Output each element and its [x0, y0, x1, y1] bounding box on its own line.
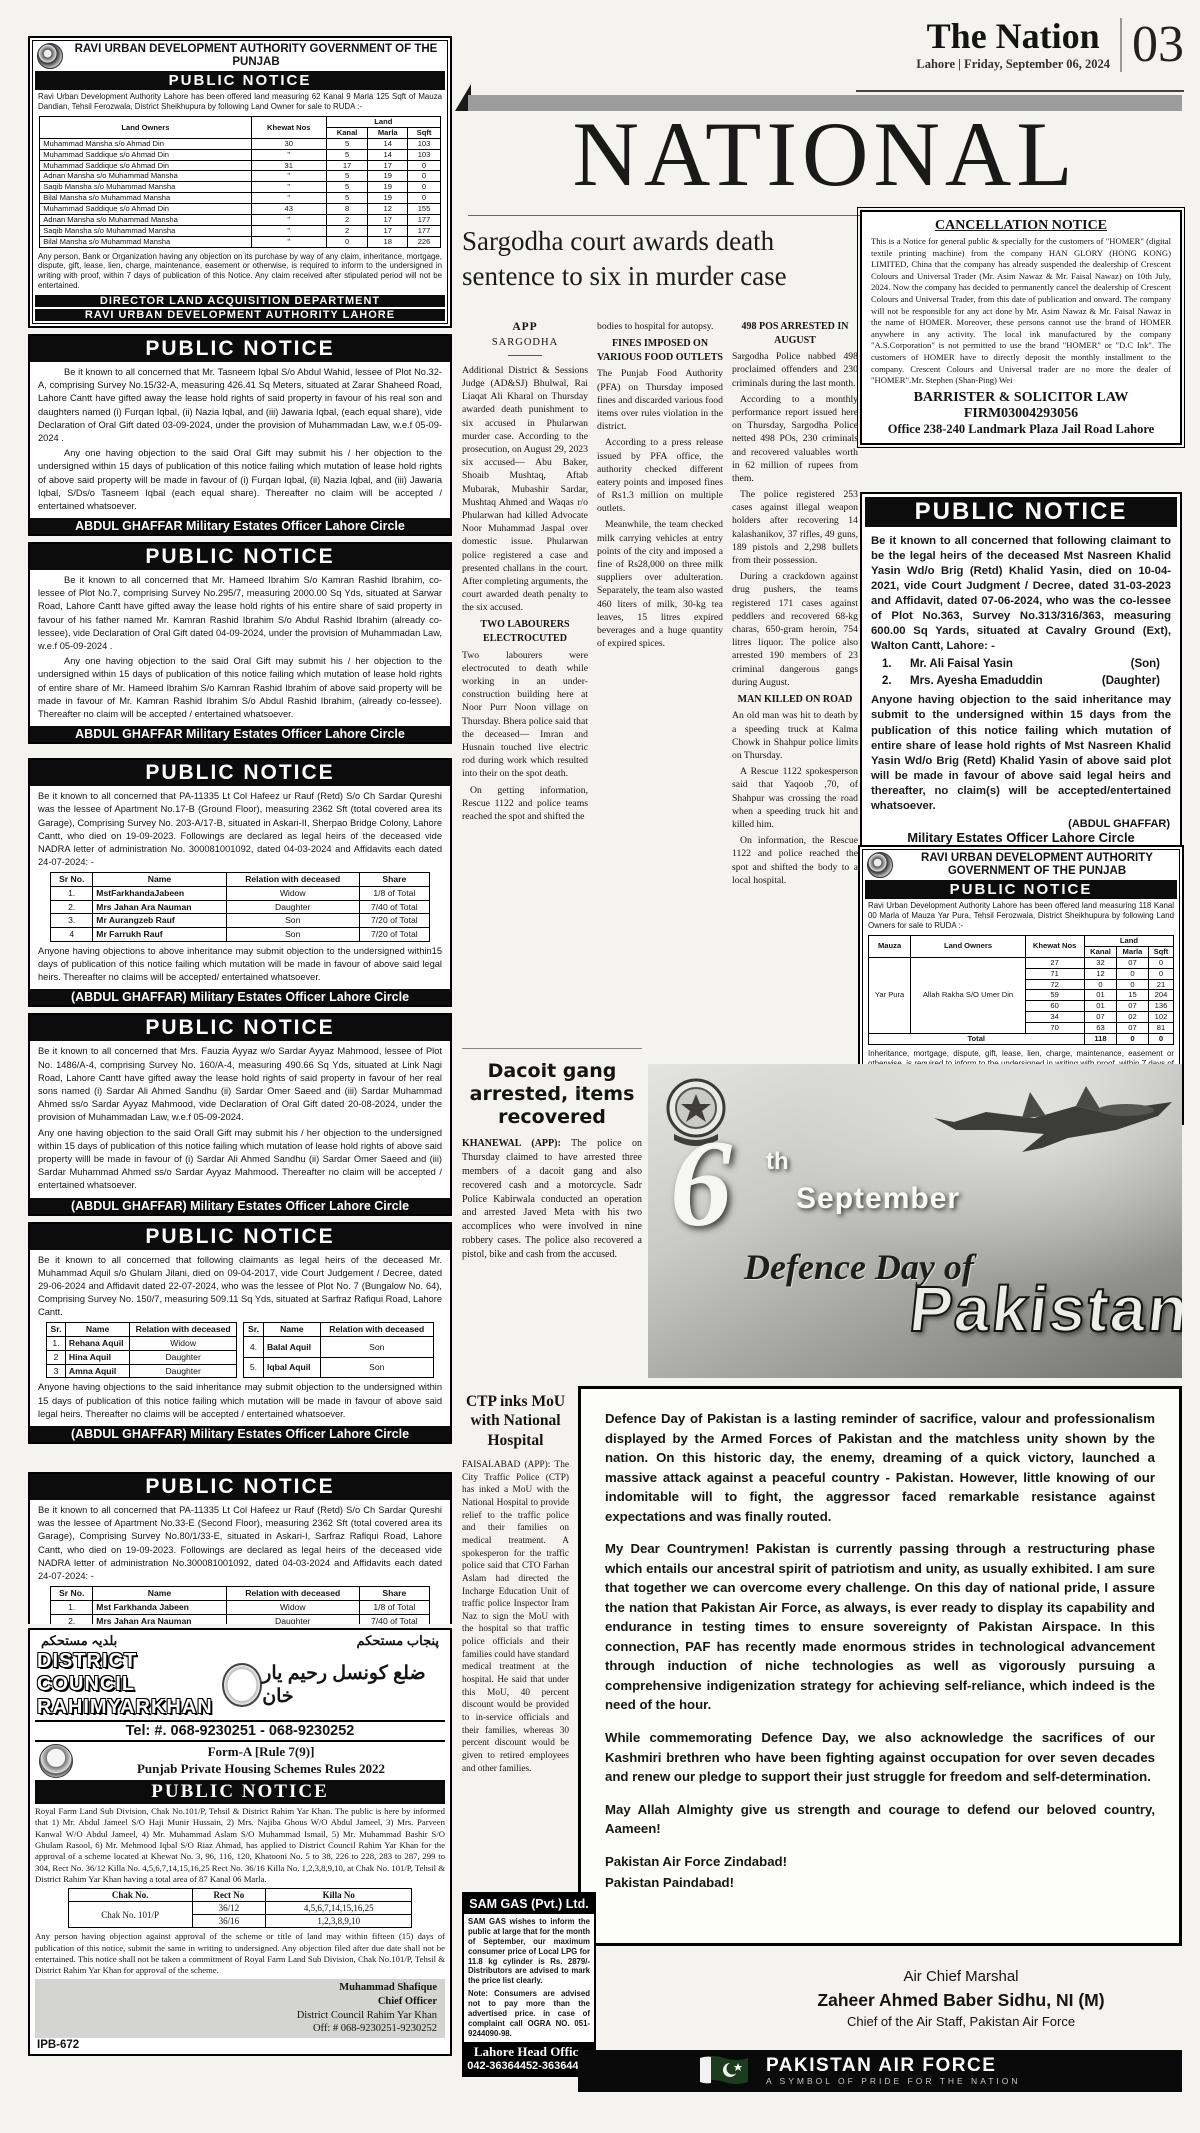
- table-cell: 7/20 of Total: [359, 914, 429, 928]
- table-cell: 155: [408, 204, 441, 215]
- khewat-cell: 71: [1025, 968, 1084, 979]
- table-row: Muhammad Saddique s/o Ahmad Din3117170: [40, 160, 441, 171]
- khewat-cell: 34: [1025, 1012, 1084, 1023]
- public-notice-bar: PUBLIC NOTICE: [30, 1015, 450, 1041]
- table-cell: 7/20 of Total: [359, 928, 429, 942]
- table-cell: Daughter: [130, 1350, 237, 1364]
- message-paragraph: May Allah Almighty give us strength and …: [605, 1800, 1155, 1839]
- land-table: Land Owners Khewat Nos Land Kanal Marla …: [39, 116, 441, 247]
- article-paragraph: On information, the Rescue 1122 and poli…: [732, 834, 858, 887]
- table-cell: 19: [368, 171, 408, 182]
- masthead: The Nation Lahore | Friday, September 06…: [856, 18, 1184, 72]
- page-number: 03: [1132, 19, 1184, 71]
- rect-cell: 36/16: [192, 1915, 266, 1928]
- notice-muhammad-aquil: PUBLIC NOTICE Be it known to all concern…: [28, 1222, 452, 1444]
- notice-intro: Be it known to all concerned that PA-113…: [38, 1504, 442, 1583]
- table-cell: 5: [326, 138, 367, 149]
- dacoit-article: Dacoit gang arrested, items recovered KH…: [462, 1060, 642, 1262]
- table-cell: 17: [368, 160, 408, 171]
- table-cell: 1.: [51, 886, 93, 900]
- table-cell: 5: [326, 193, 367, 204]
- col-khewat: Khewat Nos: [1025, 936, 1084, 958]
- marla-cell: 15: [1117, 990, 1148, 1001]
- ruda-footer-line-1: DIRECTOR LAND ACQUISITION DEPARTMENT: [35, 295, 445, 307]
- total-kanal-cell: 118: [1084, 1033, 1116, 1044]
- district-header: DISTRICT COUNCIL RAHIMYARKHAN ضلع کونسل …: [35, 1649, 445, 1720]
- table-row: 2.Mrs Jahan Ara NaumanDaughter7/40 of To…: [51, 1614, 430, 1624]
- col-name: Name: [93, 1587, 226, 1601]
- notice-ref: IPB-672: [37, 2039, 79, 2051]
- kanal-cell: 01: [1084, 1001, 1116, 1012]
- heirs-tables: Sr. Name Relation with deceased 1.Rehana…: [46, 1322, 434, 1378]
- table-cell: 4.: [244, 1337, 264, 1358]
- table-cell: 2.: [51, 900, 93, 914]
- table-cell: Widow: [226, 886, 359, 900]
- scheme-table: Chak No. Rect No Killa No Chak No. 101/P…: [68, 1888, 412, 1928]
- heir-relation: (Daughter): [1102, 673, 1160, 690]
- table-cell: Bilal Mansha s/o Muhammad Mansha: [40, 236, 251, 247]
- district-body: Royal Farm Land Sub Division, Chak No.10…: [35, 1806, 445, 1885]
- heir-row: 2. Mrs. Ayesha Emaduddin (Daughter): [862, 673, 1180, 690]
- district-closing: Any person having objection against appr…: [35, 1931, 445, 1976]
- ruda-authority-lines: RAVI URBAN DEVELOPMENT AUTHORITY GOVERNM…: [899, 852, 1175, 878]
- table-cell: 4: [51, 928, 93, 942]
- col-chak: Chak No.: [68, 1889, 192, 1902]
- public-notice-bar: PUBLIC NOTICE: [30, 760, 450, 786]
- table-cell: 2.: [51, 1614, 93, 1624]
- heir-name: Mrs. Ayesha Emaduddin: [910, 673, 1102, 690]
- dacoit-dateline: KHANEWAL (APP):: [462, 1138, 561, 1149]
- col-sqft: Sqft: [1148, 946, 1174, 957]
- table-cell: Daughter: [226, 900, 359, 914]
- dacoit-text: The police on Thursday claimed to have a…: [462, 1138, 642, 1259]
- cancellation-body: This is a Notice for general public & sp…: [871, 236, 1171, 387]
- article-paragraph: The Punjab Food Authority (PFA) on Thurs…: [597, 367, 723, 433]
- col-relation: Relation with deceased: [226, 1587, 359, 1601]
- article-subhead: 498 POS ARRESTED IN AUGUST: [732, 320, 858, 347]
- form-lines: Form-A [Rule 7(9)] Punjab Private Housin…: [81, 1744, 441, 1778]
- col-share: Share: [359, 873, 429, 887]
- notice-body: Be it known to all concerned that PA-113…: [30, 786, 450, 989]
- sam-gas-title: SAM GAS (Pvt.) Ltd.: [464, 1894, 594, 1914]
- col-relation: Relation with deceased: [320, 1323, 433, 1337]
- table-cell: Mrs Jahan Ara Nauman: [93, 900, 226, 914]
- kanal-cell: 0: [1084, 979, 1116, 990]
- notice-body: Be it known to all concerned that Mrs. F…: [30, 1041, 450, 1197]
- table-cell: 7/40 of Total: [359, 900, 429, 914]
- sqft-cell: 21: [1148, 979, 1174, 990]
- table-cell: Son: [226, 928, 359, 942]
- message-paragraph: While commemorating Defence Day, we also…: [605, 1728, 1155, 1787]
- masthead-text: The Nation Lahore | Friday, September 06…: [916, 18, 1110, 72]
- col-land: Land: [326, 117, 440, 128]
- land-table-body: Muhammad Mansha s/o Ahmad Din30514103Muh…: [40, 138, 441, 247]
- table-row: 1.MstFarkhandaJabeenWidow1/8 of Total: [51, 886, 430, 900]
- law-firm-line: BARRISTER & SOLICITOR LAW FIRM0300429305…: [871, 390, 1171, 422]
- col-sr: Sr.: [47, 1323, 66, 1337]
- col-marla: Marla: [368, 128, 408, 139]
- khewat-cell: 70: [1025, 1022, 1084, 1033]
- table-row: Muhammad Mansha s/o Ahmad Din30514103: [40, 138, 441, 149]
- dacoit-divider-rule: [462, 1048, 642, 1049]
- table-row: Chak No. 101/P 36/12 4,5,6,7,14,15,16,25: [68, 1902, 411, 1915]
- col-sr: Sr.: [244, 1323, 264, 1337]
- signer-rank: Air Chief Marshal: [740, 1966, 1182, 1988]
- heirs-table-head: Sr No. Name Relation with deceased Share: [51, 1587, 430, 1601]
- sam-gas-office: Lahore Head Office: [464, 2044, 594, 2060]
- sqft-cell: 0: [1148, 957, 1174, 968]
- heirs-table-body: 4.Balal AquilSon5.Iqbal AquilSon: [244, 1337, 434, 1378]
- sam-gas-footer: Lahore Head Office 042-36364452-36364453: [464, 2042, 594, 2075]
- ruda-logo-icon: [867, 852, 893, 878]
- newspaper-page: The Nation Lahore | Friday, September 06…: [0, 0, 1200, 2133]
- notice-outro: Anyone having objections to above inheri…: [38, 945, 442, 985]
- table-row: Saqib Mansha s/o Muhammad Mansha"217177: [40, 225, 441, 236]
- table-cell: 17: [368, 225, 408, 236]
- sam-gas-body: SAM GAS wishes to inform the public at l…: [468, 1917, 590, 1986]
- notice-outro: Anyone having objections to the said inh…: [38, 1381, 442, 1421]
- council-name-line1: DISTRICT COUNCIL: [37, 1650, 222, 1696]
- heirs-table-head: Sr. Name Relation with deceased: [244, 1323, 434, 1337]
- table-cell: 177: [408, 214, 441, 225]
- byline: APP SARGODHA: [462, 320, 588, 356]
- table-cell: Bilal Mansha s/o Muhammad Mansha: [40, 193, 251, 204]
- ruda-intro: Ravi Urban Development Authority Lahore …: [863, 899, 1179, 933]
- table-cell: Hina Aquil: [65, 1350, 129, 1364]
- table-cell: Mr Farrukh Rauf: [93, 928, 226, 942]
- article-paragraph: A Rescue 1122 spokesperson said that Yaq…: [732, 765, 858, 831]
- col-sr: Sr No.: [51, 873, 93, 887]
- khewat-cell: 72: [1025, 979, 1084, 990]
- table-cell: 0: [408, 171, 441, 182]
- ruda-header: RAVI URBAN DEVELOPMENT AUTHORITY GOVERNM…: [33, 41, 447, 71]
- table-cell: Balal Aquil: [263, 1337, 320, 1358]
- ctp-article: CTP inks MoU with National Hospital FAIS…: [462, 1392, 569, 1775]
- sqft-cell: 102: [1148, 1012, 1174, 1023]
- notice-body: Be it known to all concerned that follow…: [862, 530, 1180, 656]
- table-cell: 2: [326, 214, 367, 225]
- scheme-table-head: Chak No. Rect No Killa No: [68, 1889, 411, 1902]
- notice-intro: Be it known to all concerned that PA-113…: [38, 790, 442, 869]
- col-rect: Rect No: [192, 1889, 266, 1902]
- notice-signature-bar: (ABDUL GHAFFAR) Military Estates Officer…: [30, 989, 450, 1005]
- heirs-table-body: 1.Mst Farkhanda JabeenWidow1/8 of Total2…: [51, 1600, 430, 1624]
- table-cell: Son: [320, 1357, 433, 1378]
- table-cell: Muhammad Saddique s/o Ahmad Din: [40, 204, 251, 215]
- kanal-cell: 32: [1084, 957, 1116, 968]
- marla-cell: 07: [1117, 1001, 1148, 1012]
- mauza-cell: Yar Pura: [868, 957, 911, 1033]
- defence-day-number: 6: [670, 1122, 732, 1246]
- khewat-cell: 60: [1025, 1001, 1084, 1012]
- heirs-table: Sr No. Name Relation with deceased Share…: [50, 1586, 430, 1624]
- ruda-authority-line: RAVI URBAN DEVELOPMENT AUTHORITY GOVERNM…: [69, 43, 443, 69]
- table-cell: ": [251, 214, 326, 225]
- col-relation: Relation with deceased: [130, 1323, 237, 1337]
- public-notice-bar: PUBLIC NOTICE: [30, 1474, 450, 1500]
- table-row: Muhammad Saddique s/o Ahmad Din"514103: [40, 149, 441, 160]
- district-council-notice: بلدیہ مستحکم پنجاب مستحکم DISTRICT COUNC…: [28, 1628, 452, 2056]
- table-row: Bilal Mansha s/o Muhammad Mansha"5190: [40, 193, 441, 204]
- table-cell: Saqib Mansha s/o Muhammad Mansha: [40, 182, 251, 193]
- table-row: 2.Mrs Jahan Ara NaumanDaughter7/40 of To…: [51, 900, 430, 914]
- article-paragraph: Sargodha Police nabbed 498 proclaimed of…: [732, 350, 858, 390]
- table-row: 2Hina AquilDaughter: [47, 1350, 237, 1364]
- notice-paragraph: Be it known to all concerned that Mr. Ha…: [38, 574, 442, 653]
- col-owners: Land Owners: [40, 117, 251, 139]
- rules-line: Punjab Private Housing Schemes Rules 202…: [81, 1761, 441, 1778]
- heirs-table-head: Sr. Name Relation with deceased: [47, 1323, 237, 1337]
- land-table: Mauza Land Owners Khewat Nos Land Kanal …: [868, 935, 1175, 1045]
- district-urdu-banner: بلدیہ مستحکم پنجاب مستحکم: [35, 1633, 445, 1649]
- byline-agency: APP: [462, 320, 588, 336]
- kanal-cell: 07: [1084, 1012, 1116, 1023]
- council-phone-line: Tel: #. 068-9230251 - 068-9230252: [35, 1720, 445, 1742]
- ctp-headline: CTP inks MoU with National Hospital: [462, 1392, 569, 1450]
- table-cell: 0: [408, 193, 441, 204]
- notice-rauf-33e: PUBLIC NOTICE Be it known to all concern…: [28, 1472, 452, 1624]
- col-sr: Sr No.: [51, 1587, 93, 1601]
- table-row: Adnan Mansha s/o Muhammad Mansha"217177: [40, 214, 441, 225]
- table-row: 4Mr Farrukh RaufSon7/20 of Total: [51, 928, 430, 942]
- ruda-intro: Ravi Urban Development Authority Lahore …: [33, 90, 447, 114]
- signer-name: Zaheer Ahmed Baber Sidhu, NI (M): [740, 1988, 1182, 2013]
- article-column-2: bodies to hospital for autopsy. FINES IM…: [597, 320, 723, 1044]
- sam-gas-body-wrap: SAM GAS wishes to inform the public at l…: [464, 1914, 594, 2042]
- article-paragraph: Meanwhile, the team checked milk carryin…: [597, 518, 723, 650]
- marla-cell: 07: [1117, 957, 1148, 968]
- table-cell: ": [251, 236, 326, 247]
- table-cell: 19: [368, 193, 408, 204]
- heir-number: 1.: [882, 656, 910, 673]
- signer-name: (ABDUL GHAFFAR): [872, 818, 1170, 830]
- owner-cell: Allah Rakha S/O Umer Din: [911, 957, 1025, 1033]
- killa-cell: 1,2,3,8,9,10: [266, 1915, 412, 1928]
- form-line: Form-A [Rule 7(9)]: [81, 1744, 441, 1761]
- table-cell: ": [251, 225, 326, 236]
- table-cell: ": [251, 171, 326, 182]
- chak-cell: Chak No. 101/P: [68, 1902, 192, 1928]
- signer-title: Chief Officer: [43, 1995, 437, 2009]
- ruda-notice-1: RAVI URBAN DEVELOPMENT AUTHORITY GOVERNM…: [28, 36, 452, 328]
- killa-cell: 4,5,6,7,14,15,16,25: [266, 1902, 412, 1915]
- table-row: Saqib Mansha s/o Muhammad Mansha"5190: [40, 182, 441, 193]
- signer-name: Muhammad Shafique: [43, 1981, 437, 1995]
- byline-rule: [508, 355, 542, 356]
- table-cell: Amna Aquil: [65, 1364, 129, 1378]
- marla-cell: 0: [1117, 979, 1148, 990]
- article-subhead: MAN KILLED ON ROAD: [732, 693, 858, 707]
- table-cell: Rehana Aquil: [65, 1337, 129, 1351]
- table-row: 3Amna AquilDaughter: [47, 1364, 237, 1378]
- sam-gas-ad: SAM GAS (Pvt.) Ltd. SAM GAS wishes to in…: [462, 1892, 596, 2077]
- left-notice-column: RAVI URBAN DEVELOPMENT AUTHORITY GOVERNM…: [28, 36, 452, 1624]
- urdu-right-text: پنجاب مستحکم: [357, 1633, 439, 1649]
- table-cell: 31: [251, 160, 326, 171]
- article-subhead: FINES IMPOSED ON VARIOUS FOOD OUTLETS: [597, 337, 723, 364]
- paf-footer-bar: PAKISTAN AIR FORCE A SYMBOL OF PRIDE FOR…: [578, 2050, 1182, 2092]
- table-cell: Mst Farkhanda Jabeen: [93, 1600, 226, 1614]
- ctp-body: FAISALABAD (APP): The City Traffic Polic…: [462, 1459, 569, 1775]
- table-cell: 103: [408, 149, 441, 160]
- section-title: NATIONAL: [468, 106, 1182, 203]
- table-cell: 2: [326, 225, 367, 236]
- ruda-logo-icon: [37, 43, 63, 69]
- district-signature: Muhammad Shafique Chief Officer District…: [35, 1979, 445, 2038]
- signer-org: District Council Rahim Yar Khan: [43, 2009, 437, 2023]
- table-row: 5.Iqbal AquilSon: [244, 1357, 434, 1378]
- table-cell: 3: [47, 1364, 66, 1378]
- signer-title: Chief of the Air Staff, Pakistan Air For…: [740, 2013, 1182, 2032]
- table-cell: 0: [408, 160, 441, 171]
- heir-name: Mr. Ali Faisal Yasin: [910, 656, 1131, 673]
- public-notice-bar: PUBLIC NOTICE: [30, 544, 450, 570]
- message-slogan: Pakistan Air Force Zindabad!: [605, 1852, 1155, 1872]
- article-paragraph: Additional District & Sessions Judge (AD…: [462, 364, 588, 615]
- table-row: 3.Mr Aurangzeb RaufSon7/20 of Total: [51, 914, 430, 928]
- paf-footer-texts: PAKISTAN AIR FORCE A SYMBOL OF PRIDE FOR…: [766, 2056, 1021, 2087]
- sqft-cell: 136: [1148, 1001, 1174, 1012]
- table-cell: Mr Aurangzeb Rauf: [93, 914, 226, 928]
- col-land: Land: [1084, 936, 1174, 947]
- col-kanal: Kanal: [326, 128, 367, 139]
- cancellation-notice: CANCELLATION NOTICE This is a Notice for…: [860, 210, 1182, 445]
- paper-title: The Nation: [916, 18, 1110, 54]
- col-relation: Relation with deceased: [226, 873, 359, 887]
- table-cell: Daughter: [226, 1614, 359, 1624]
- notice-closing: Anyone having objection to the said inhe…: [862, 689, 1180, 815]
- form-header: Form-A [Rule 7(9)] Punjab Private Housin…: [35, 1742, 445, 1780]
- table-cell: 2: [47, 1350, 66, 1364]
- table-cell: 5: [326, 171, 367, 182]
- air-chief-signature: Air Chief Marshal Zaheer Ahmed Baber Sid…: [740, 1966, 1182, 2032]
- public-notice-bar: PUBLIC NOTICE: [35, 1780, 445, 1804]
- table-cell: 19: [368, 182, 408, 193]
- masthead-dateline: Lahore | Friday, September 06, 2024: [916, 57, 1110, 72]
- land-table-head: Land Owners Khewat Nos Land Kanal Marla …: [40, 117, 441, 139]
- heirs-table-left: Sr. Name Relation with deceased 1.Rehana…: [46, 1322, 237, 1378]
- heirs-table-head: Sr No. Name Relation with deceased Share: [51, 873, 430, 887]
- table-total-row: Total 118 0 0: [868, 1033, 1174, 1044]
- heirs-table-body: 1.MstFarkhandaJabeenWidow1/8 of Total2.M…: [51, 886, 430, 941]
- defence-day-line2: Pakistan: [906, 1272, 1182, 1346]
- table-cell: 14: [368, 138, 408, 149]
- main-article: APP SARGODHA Additional District & Sessi…: [462, 320, 858, 1044]
- table-cell: 5.: [244, 1357, 264, 1378]
- public-notice-bar: PUBLIC NOTICE: [865, 880, 1177, 899]
- col-kanal: Kanal: [1084, 946, 1116, 957]
- table-cell: 17: [326, 160, 367, 171]
- public-notice-bar: PUBLIC NOTICE: [865, 497, 1177, 527]
- table-row: Adnan Mansha s/o Muhammad Mansha"5190: [40, 171, 441, 182]
- air-chief-message-box: Defence Day of Pakistan is a lasting rem…: [578, 1386, 1182, 1946]
- dacoit-body: KHANEWAL (APP): The police on Thursday c…: [462, 1137, 642, 1261]
- notice-signature-bar: ABDUL GHAFFAR Military Estates Officer L…: [30, 518, 450, 534]
- col-name: Name: [263, 1323, 320, 1337]
- notice-paragraph: Any one having objection to the said Ora…: [38, 447, 442, 513]
- sqft-cell: 0: [1148, 968, 1174, 979]
- table-cell: 177: [408, 225, 441, 236]
- col-marla: Marla: [1117, 946, 1148, 957]
- notice-tasneem-iqbal: PUBLIC NOTICE Be it known to all concern…: [28, 334, 452, 536]
- col-khewat: Khewat Nos: [251, 117, 326, 139]
- article-paragraph: According to a monthly performance repor…: [732, 393, 858, 485]
- notice-hameed-ibrahim: PUBLIC NOTICE Be it known to all concern…: [28, 542, 452, 744]
- masthead-rule: [856, 90, 1184, 92]
- kanal-cell: 63: [1084, 1022, 1116, 1033]
- marla-cell: 0: [1117, 968, 1148, 979]
- signer-title: Military Estates Officer Lahore Circle: [872, 830, 1170, 845]
- notice-fauzia-ayyaz: PUBLIC NOTICE Be it known to all concern…: [28, 1013, 452, 1215]
- land-table-body: Yar Pura Allah Rakha S/O Umer Din 27 32 …: [868, 957, 1174, 1044]
- table-cell: 1/8 of Total: [359, 1600, 429, 1614]
- table-cell: 226: [408, 236, 441, 247]
- table-row: 4.Balal AquilSon: [244, 1337, 434, 1358]
- total-marla-cell: 0: [1117, 1033, 1148, 1044]
- table-cell: Daughter: [130, 1364, 237, 1378]
- table-cell: 17: [368, 214, 408, 225]
- table-cell: Adnan Mansha s/o Muhammad Mansha: [40, 171, 251, 182]
- col-sqft: Sqft: [408, 128, 441, 139]
- rect-cell: 36/12: [192, 1902, 266, 1915]
- table-cell: ": [251, 193, 326, 204]
- table-row: 1.Rehana AquilWidow: [47, 1337, 237, 1351]
- council-seal-icon: [222, 1663, 262, 1707]
- notice-signature-bar: ABDUL GHAFFAR Military Estates Officer L…: [30, 726, 450, 742]
- table-cell: 0: [408, 182, 441, 193]
- table-cell: 1/8 of Total: [359, 886, 429, 900]
- article-paragraph: An old man was hit to death by a speedin…: [732, 709, 858, 762]
- message-slogan: Pakistan Paindabad!: [605, 1873, 1155, 1893]
- dacoit-headline: Dacoit gang arrested, items recovered: [462, 1060, 642, 1128]
- notice-paragraph: Any one having objection to the said Ora…: [38, 655, 442, 721]
- table-cell: 14: [368, 149, 408, 160]
- col-mauza: Mauza: [868, 936, 911, 958]
- district-ref-row: IPB-672: [35, 2038, 445, 2051]
- table-cell: Muhammad Mansha s/o Ahmad Din: [40, 138, 251, 149]
- col-name: Name: [93, 873, 226, 887]
- article-paragraph: During a crackdown against drug pushers,…: [732, 570, 858, 689]
- ruda-footer: DIRECTOR LAND ACQUISITION DEPARTMENT RAV…: [35, 295, 445, 321]
- table-cell: Muhammad Saddique s/o Ahmad Din: [40, 149, 251, 160]
- law-firm-address: Office 238-240 Landmark Plaza Jail Road …: [871, 422, 1171, 437]
- total-label-cell: Total: [868, 1033, 1084, 1044]
- marla-cell: 07: [1117, 1022, 1148, 1033]
- table-cell: Son: [226, 914, 359, 928]
- urdu-left-text: بلدیہ مستحکم: [41, 1633, 117, 1649]
- kanal-cell: 12: [1084, 968, 1116, 979]
- fighter-jet-image: [926, 1068, 1176, 1176]
- table-cell: MstFarkhandaJabeen: [93, 886, 226, 900]
- table-cell: ": [251, 182, 326, 193]
- article-column-3: 498 POS ARRESTED IN AUGUST Sargodha Poli…: [732, 320, 858, 1044]
- table-row: Yar Pura Allah Rakha S/O Umer Din 27 32 …: [868, 957, 1174, 968]
- notice-intro: Be it known to all concerned that follow…: [38, 1254, 442, 1320]
- table-cell: Widow: [226, 1600, 359, 1614]
- notice-rauf-17b: PUBLIC NOTICE Be it known to all concern…: [28, 758, 452, 1007]
- table-cell: Saqib Mansha s/o Muhammad Mansha: [40, 225, 251, 236]
- public-notice-bar: PUBLIC NOTICE: [35, 71, 445, 90]
- ruda-notice-1-inner: RAVI URBAN DEVELOPMENT AUTHORITY GOVERNM…: [32, 40, 448, 324]
- table-cell: 1.: [51, 1600, 93, 1614]
- marla-cell: 02: [1117, 1012, 1148, 1023]
- message-paragraph: My Dear Countrymen! Pakistan is currentl…: [605, 1539, 1155, 1715]
- table-cell: 43: [251, 204, 326, 215]
- notice-paragraph: Any one having objection to the said Ora…: [38, 1127, 442, 1193]
- article-subhead: TWO LABOURERS ELECTROCUTED: [462, 618, 588, 645]
- khewat-cell: 27: [1025, 957, 1084, 968]
- heir-row: 1. Mr. Ali Faisal Yasin (Son): [862, 656, 1180, 673]
